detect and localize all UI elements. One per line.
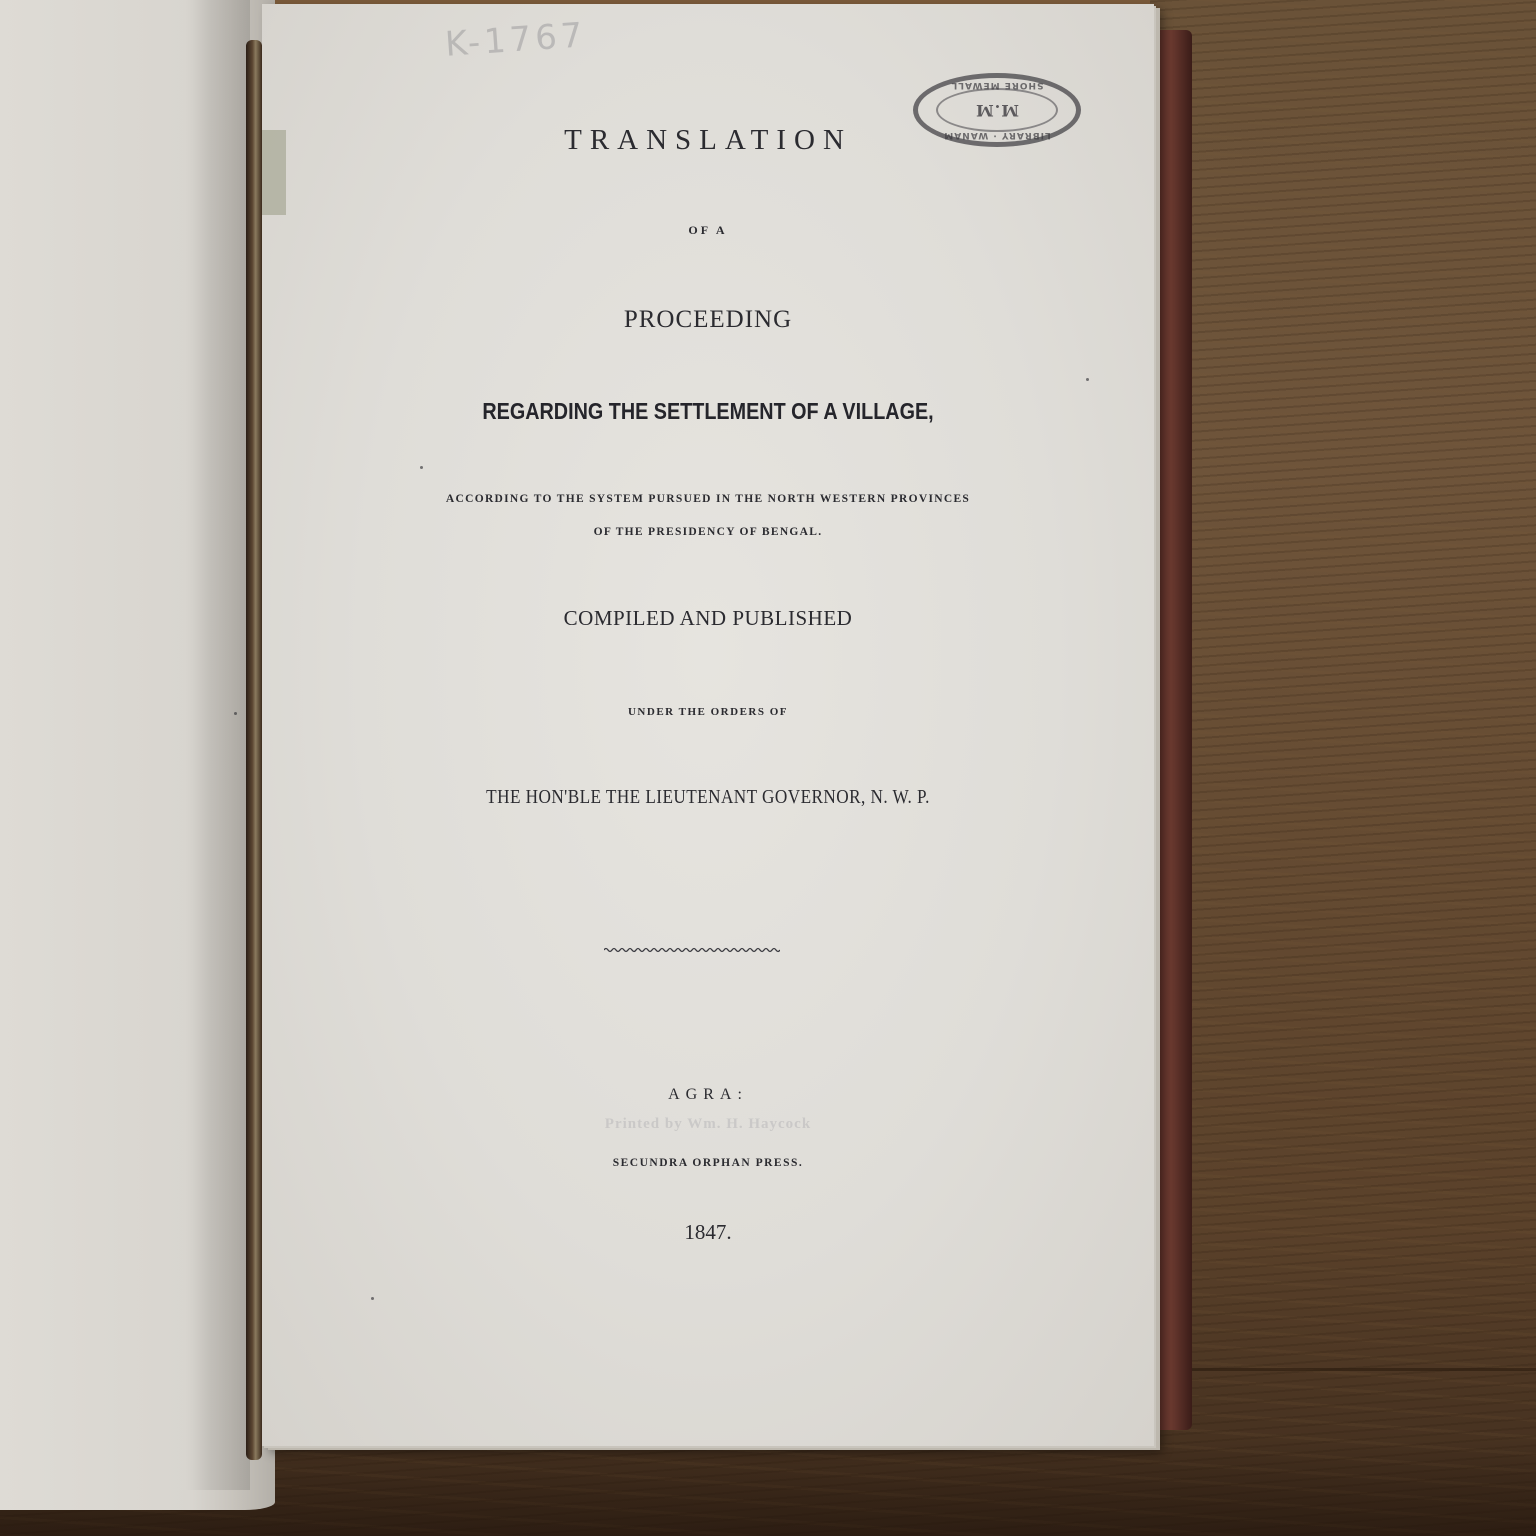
- authority-line: THE HON'BLE THE LIEUTENANT GOVERNOR, N. …: [324, 786, 1091, 809]
- subject-line: REGARDING THE SETTLEMENT OF A VILLAGE,: [324, 398, 1091, 425]
- description-line-2: OF THE PRESIDENCY OF BENGAL.: [262, 526, 1154, 538]
- paper-speck: [371, 1297, 374, 1300]
- description-line-1: ACCORDING TO THE SYSTEM PURSUED IN THE N…: [262, 493, 1154, 505]
- paper-speck: [234, 712, 237, 715]
- imprint-press: SECUNDRA ORPHAN PRESS.: [262, 1157, 1154, 1169]
- left-page-fold-shadow: [185, 0, 250, 1490]
- book-cover-binding: [1150, 30, 1192, 1430]
- imprint-year: 1847.: [262, 1220, 1154, 1245]
- table-seam: [1180, 1368, 1536, 1371]
- stamp-ring-text-bottom: SHORE MEWALL: [918, 80, 1076, 90]
- under-orders-line: UNDER THE ORDERS OF: [262, 706, 1154, 718]
- compiled-line: COMPILED AND PUBLISHED: [262, 606, 1154, 631]
- imprint-offset-ghost: Printed by Wm. H. Haycock: [262, 1116, 1154, 1133]
- wavy-rule-icon: [604, 945, 780, 955]
- paper-speck: [1086, 378, 1089, 381]
- stamp-center-text: M.M: [975, 101, 1019, 120]
- imprint-place: AGRA:: [262, 1086, 1154, 1104]
- page-title: TRANSLATION: [262, 124, 1154, 157]
- paper-speck: [420, 466, 423, 469]
- book-gutter-spine: [246, 40, 262, 1460]
- title-connector: OF A: [262, 223, 1154, 238]
- wavy-rule-divider: [604, 940, 780, 950]
- page-subtitle: PROCEEDING: [262, 306, 1154, 334]
